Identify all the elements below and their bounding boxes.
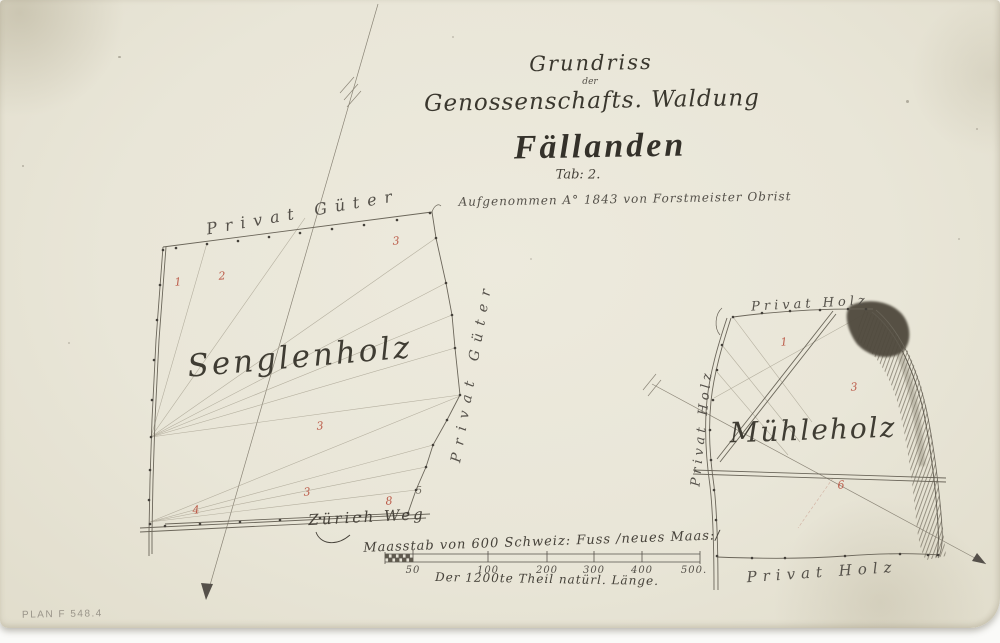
parcel-number-red: 1	[780, 335, 788, 348]
scale-tick-100: 100	[477, 565, 499, 576]
parcel-name-muehleholz: Mühleholz	[729, 411, 897, 450]
archive-reference-note: PLAN F 548.4	[22, 608, 103, 620]
senglenholz-east-edge	[408, 212, 460, 513]
map-title-tab: Tab: 2.	[556, 168, 601, 183]
scale-bar-checker-cells	[385, 554, 413, 562]
parcel-number-gray: 5	[415, 485, 422, 496]
west-road-line2	[710, 318, 731, 590]
map-title-grundriss: Grundriss	[529, 50, 653, 76]
parcel-number-red: 2	[218, 269, 226, 282]
scale-tick-200: 200	[536, 565, 558, 576]
map-title-der: der	[582, 77, 597, 87]
scanned-map-page: { "colors": { "paper": "#e9e6d8", "ink":…	[0, 0, 1000, 643]
meridian-fletching-east	[643, 374, 661, 396]
meridian-fletching-west	[340, 77, 361, 107]
south-arrowhead-east	[972, 553, 986, 564]
parcel-number-red: 3	[850, 380, 858, 393]
zuerich-weg-flourish	[316, 532, 350, 543]
parcel-number-red: 3	[316, 419, 324, 432]
cross-road-line1	[693, 470, 946, 478]
scale-tick-400: 400	[631, 565, 653, 576]
dark-knoll	[847, 301, 910, 357]
scale-tick-300: 300	[583, 565, 605, 576]
scale-tick-50: 50	[406, 565, 421, 576]
parcel-number-red: 3	[303, 485, 311, 498]
senglenholz-west-edge-inner	[152, 247, 166, 554]
survey-point-dots	[148, 212, 940, 560]
parcel-number-red: 6	[837, 478, 845, 491]
south-arrowhead-west	[201, 583, 213, 600]
parcel-number-red: 3	[392, 234, 400, 247]
cross-road-line2	[693, 474, 946, 482]
parcel-number-red: 8	[385, 494, 393, 507]
road-top-curl	[716, 308, 722, 335]
scale-tick-500: 500.	[681, 565, 707, 576]
muehleholz-south-edge	[717, 554, 940, 559]
map-title-faellanden: Fällanden	[513, 126, 686, 167]
parcel-number-red: 1	[174, 275, 182, 288]
west-road-line1	[706, 318, 727, 590]
parcel-number-red: 4	[192, 503, 200, 516]
